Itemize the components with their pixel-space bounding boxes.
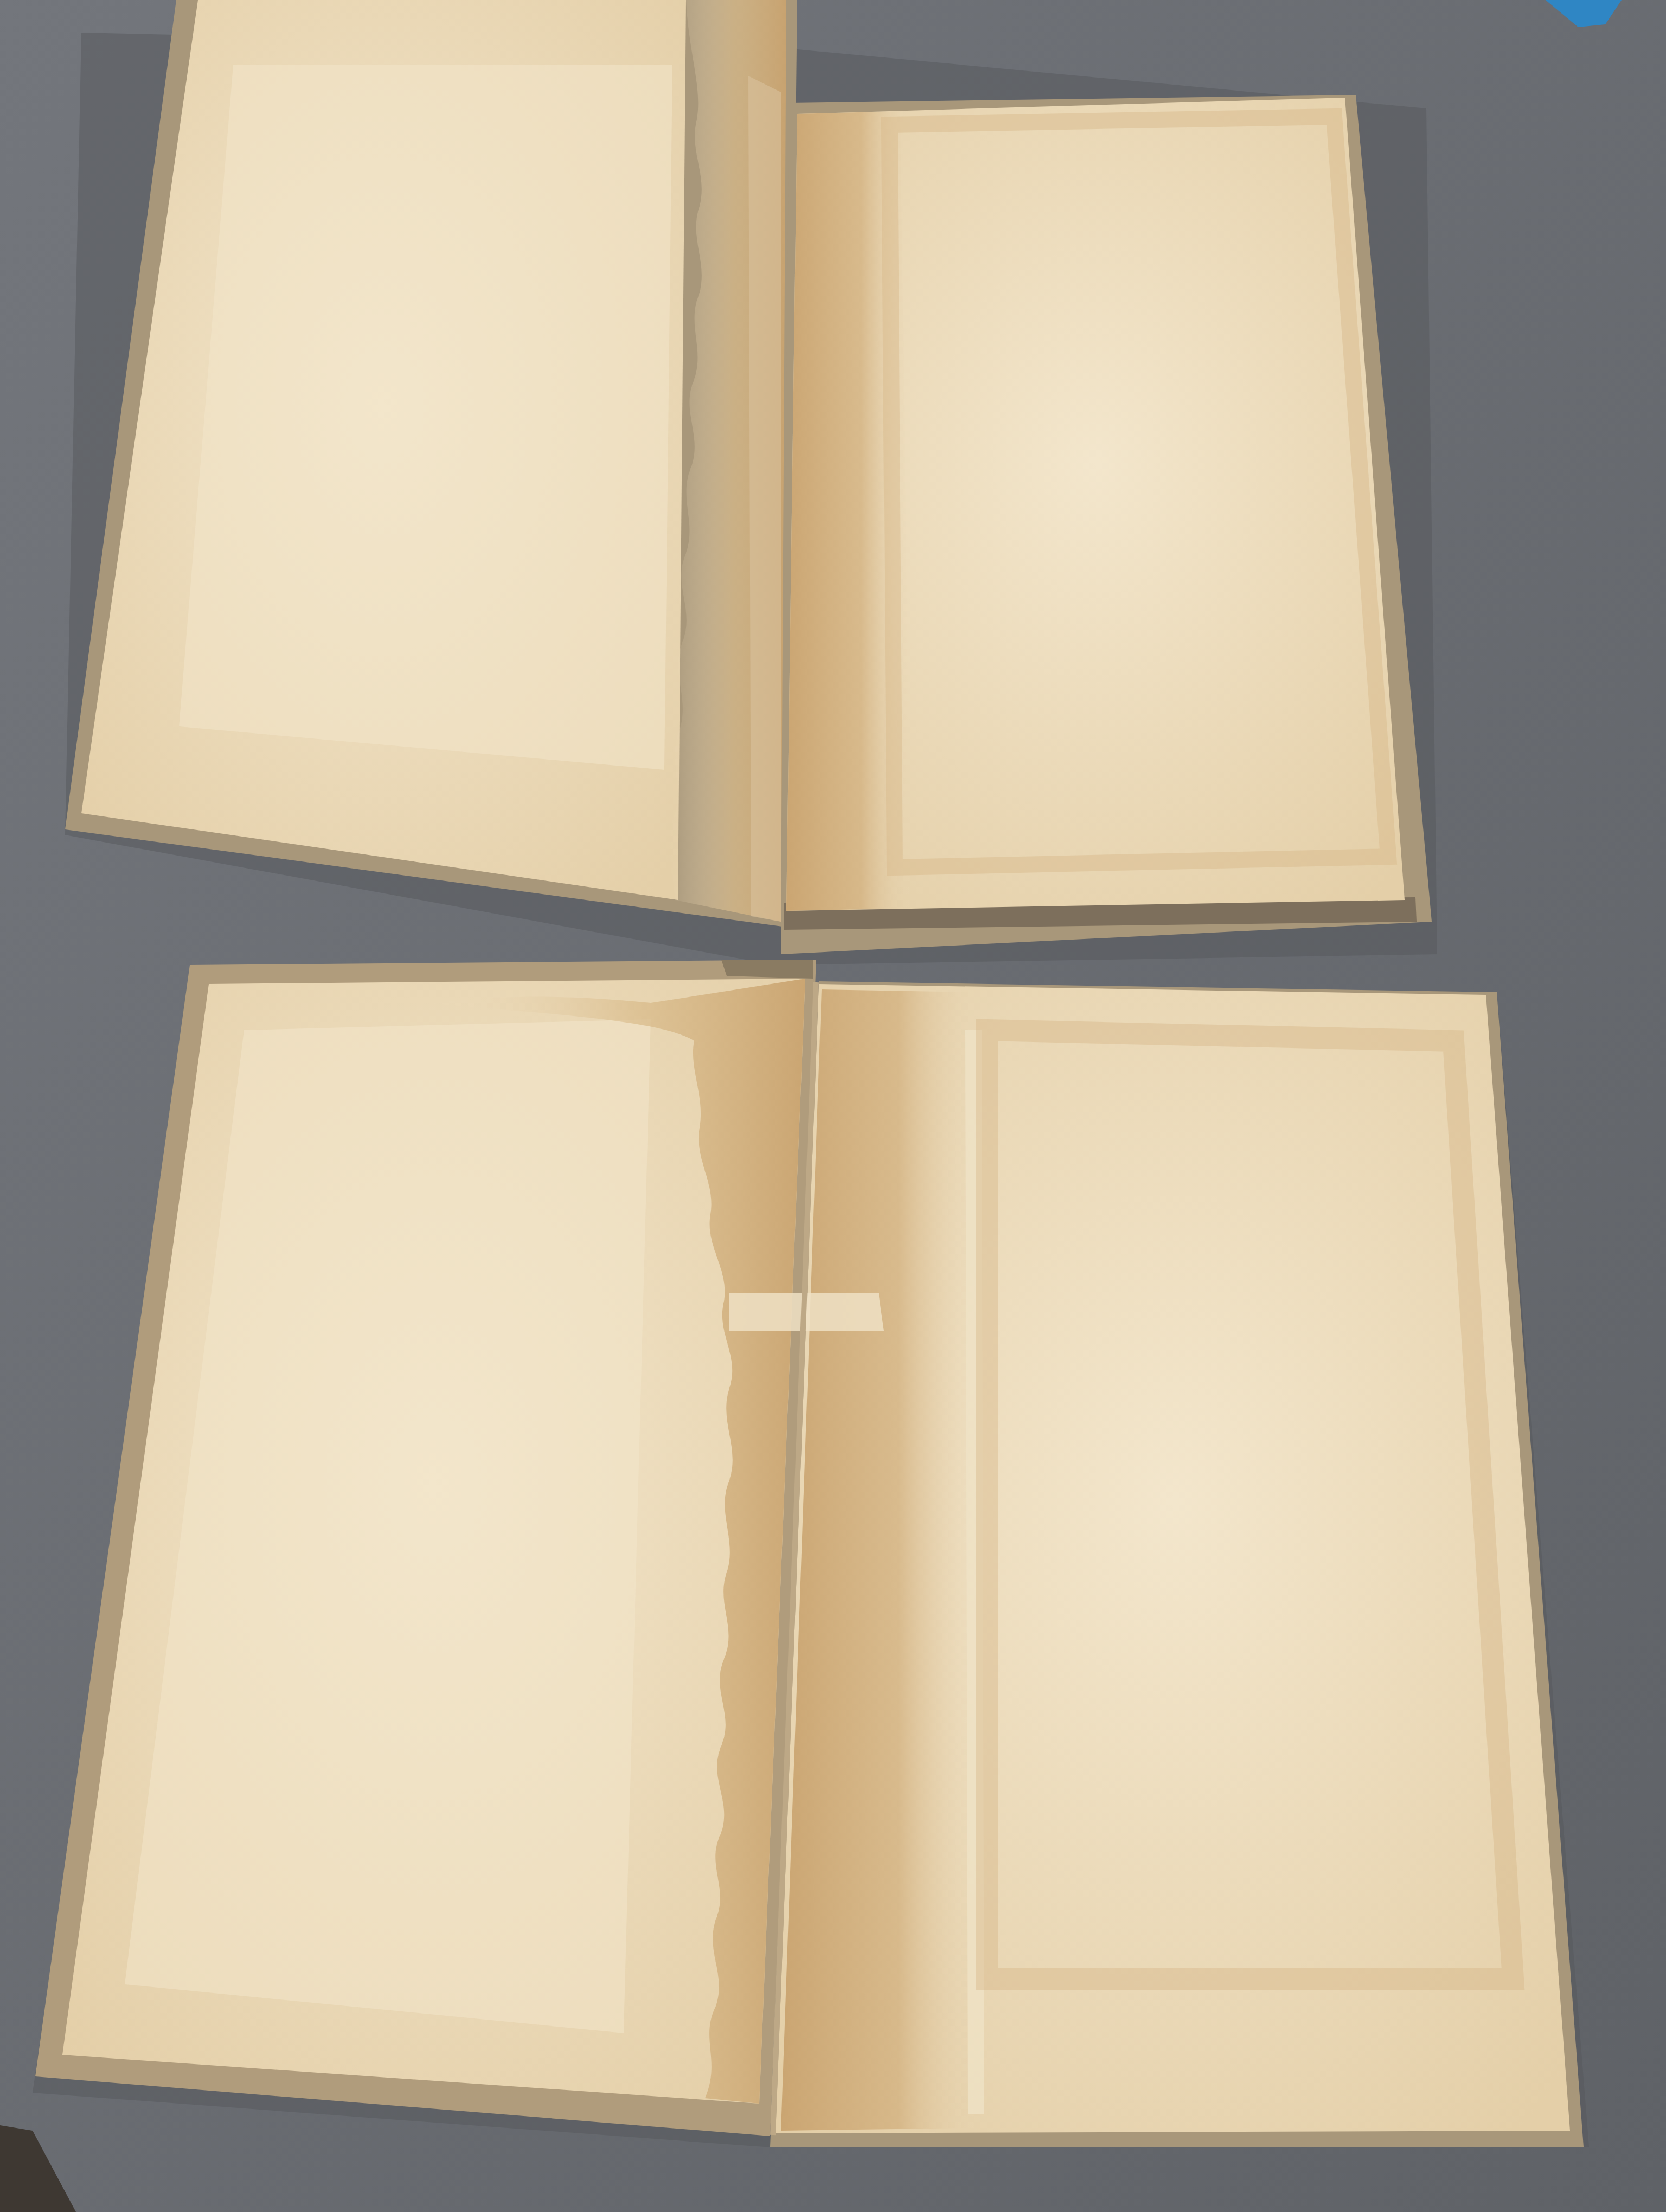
photo-scene: Photograph of two old cloth-bound books …	[0, 0, 1666, 2212]
scene-svg	[0, 0, 1666, 2212]
top-book	[65, 0, 1437, 965]
bottom-book	[33, 960, 1589, 2147]
